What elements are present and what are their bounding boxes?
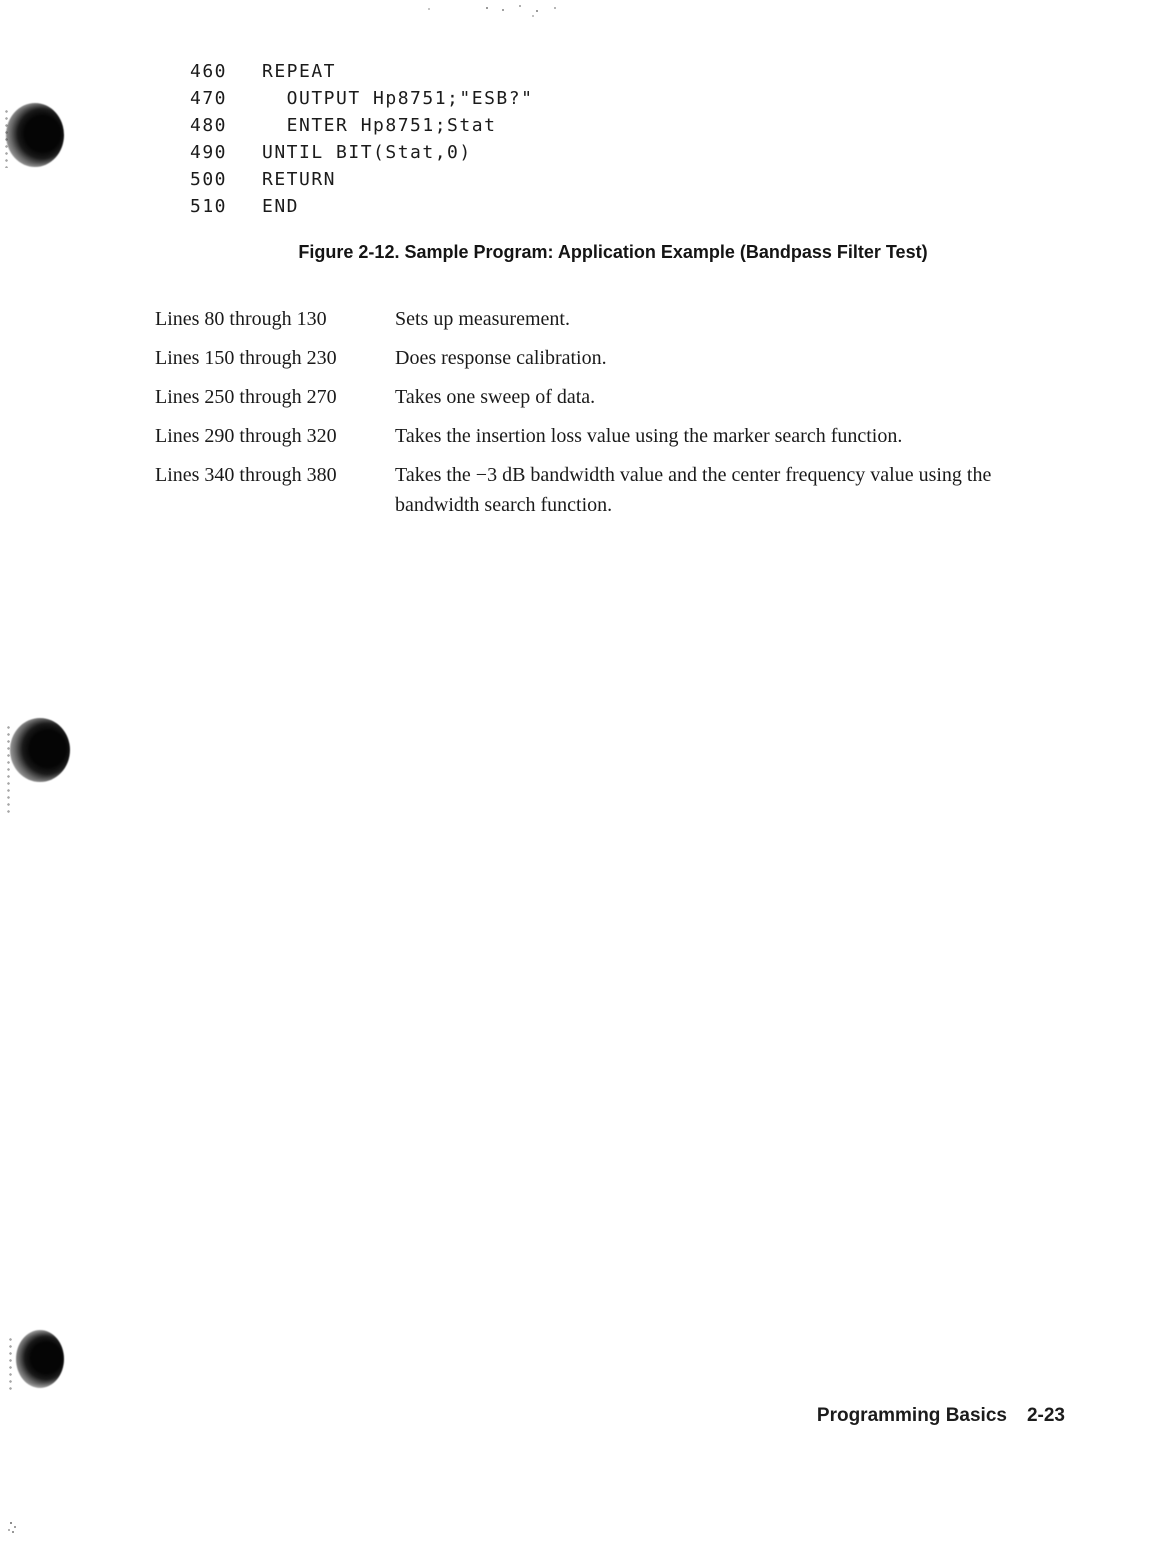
scanned-manual-page: 460 REPEAT 470 OUTPUT Hp8751;"ESB?" 480 … (0, 0, 1176, 1544)
scan-noise-speckles (10, 1522, 12, 1524)
code-text: UNTIL BIT(Stat,0) (262, 139, 472, 166)
line-description: Takes the −3 dB bandwidth value and the … (395, 460, 1045, 520)
line-range: Lines 80 through 130 (155, 304, 395, 334)
page-footer: Programming Basics2-23 (817, 1405, 1065, 1427)
code-listing: 460 REPEAT 470 OUTPUT Hp8751;"ESB?" 480 … (190, 58, 533, 220)
table-row: Lines 250 through 270 Takes one sweep of… (155, 382, 1045, 412)
line-number: 490 (190, 139, 262, 166)
footer-section-title: Programming Basics (817, 1405, 1007, 1426)
line-number: 510 (190, 193, 262, 220)
line-range: Lines 250 through 270 (155, 382, 395, 412)
code-line: 510 END (190, 193, 533, 220)
line-number: 480 (190, 112, 262, 139)
code-line: 460 REPEAT (190, 58, 533, 85)
table-row: Lines 80 through 130 Sets up measurement… (155, 304, 1045, 334)
line-description: Takes the insertion loss value using the… (395, 421, 1045, 451)
table-row: Lines 340 through 380 Takes the −3 dB ba… (155, 460, 1045, 520)
line-description: Sets up measurement. (395, 304, 1045, 334)
figure-caption: Figure 2-12. Sample Program: Application… (0, 242, 1176, 263)
hole-punch-artifact (6, 103, 64, 167)
hole-punch-artifact (10, 718, 70, 782)
hole-punch-artifact (16, 1330, 64, 1388)
code-line: 470 OUTPUT Hp8751;"ESB?" (190, 85, 533, 112)
code-text: END (262, 193, 299, 220)
table-row: Lines 150 through 230 Does response cali… (155, 343, 1045, 373)
code-line: 500 RETURN (190, 166, 533, 193)
line-description: Takes one sweep of data. (395, 382, 1045, 412)
table-row: Lines 290 through 320 Takes the insertio… (155, 421, 1045, 451)
scan-speckle-trail (6, 724, 11, 816)
code-text: ENTER Hp8751;Stat (262, 112, 496, 139)
line-description: Does response calibration. (395, 343, 1045, 373)
code-text: RETURN (262, 166, 336, 193)
scan-speckle-trail (4, 108, 9, 168)
line-description-table: Lines 80 through 130 Sets up measurement… (155, 304, 1045, 529)
code-text: REPEAT (262, 58, 336, 85)
line-number: 460 (190, 58, 262, 85)
line-number: 470 (190, 85, 262, 112)
scan-noise-speckles (486, 7, 488, 9)
line-range: Lines 150 through 230 (155, 343, 395, 373)
code-line: 490 UNTIL BIT(Stat,0) (190, 139, 533, 166)
line-range: Lines 290 through 320 (155, 421, 395, 451)
code-line: 480 ENTER Hp8751;Stat (190, 112, 533, 139)
code-text: OUTPUT Hp8751;"ESB?" (262, 85, 533, 112)
scan-speckle-trail (8, 1336, 13, 1390)
line-number: 500 (190, 166, 262, 193)
line-range: Lines 340 through 380 (155, 460, 395, 520)
page-number: 2-23 (1027, 1405, 1065, 1426)
